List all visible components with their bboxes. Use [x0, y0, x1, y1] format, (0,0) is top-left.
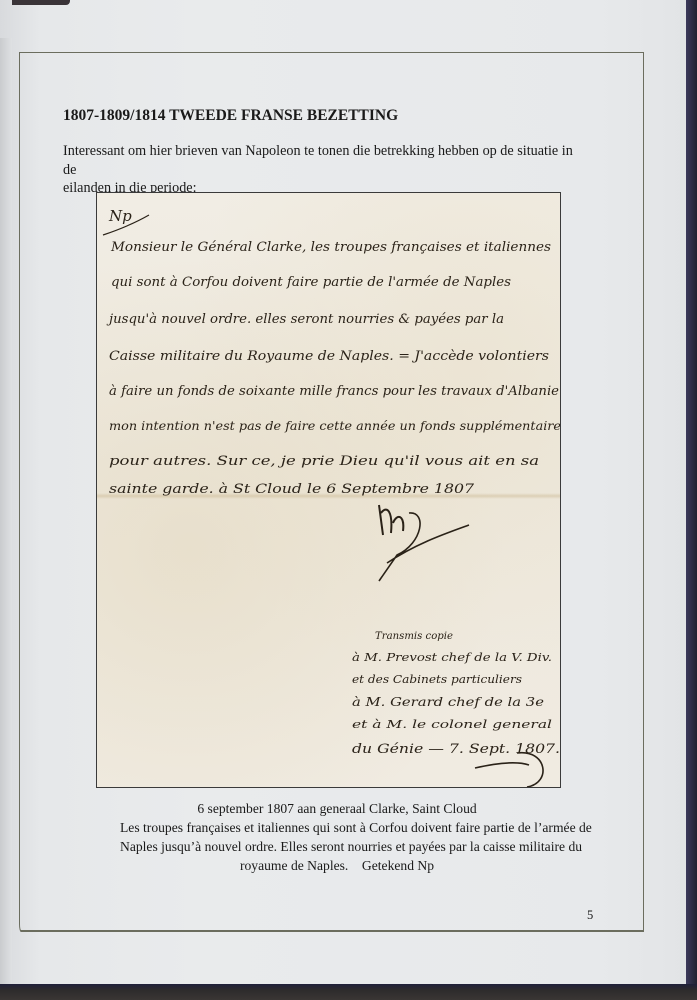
napoleon-signature	[379, 505, 469, 581]
caption-line: royaume de Naples. Getekend Np	[120, 856, 554, 875]
page-number: 5	[587, 908, 593, 923]
book-cover-bottom	[0, 984, 697, 1000]
svg-text:à M. Gerard chef de la 3e: à M. Gerard chef de la 3e	[352, 695, 544, 709]
svg-text:pour autres. Sur ce, je prie D: pour autres. Sur ce, je prie Dieu qu'il …	[109, 454, 539, 469]
intro-paragraph: Interessant om hier brieven van Napoleon…	[63, 142, 583, 198]
handwriting: Np Monsieur le Général Clarke, les troup…	[97, 193, 561, 788]
letter-image: Np Monsieur le Général Clarke, les troup…	[96, 192, 561, 788]
caption-line: Les troupes françaises et italiennes qui…	[120, 818, 554, 837]
svg-text:Caisse militaire du Royaume de: Caisse militaire du Royaume de Naples. =…	[109, 349, 549, 364]
page-title: 1807-1809/1814 TWEEDE FRANSE BEZETTING	[63, 107, 398, 125]
svg-text:qui sont à Corfou doivent fair: qui sont à Corfou doivent faire partie d…	[111, 275, 511, 290]
svg-text:Monsieur le Général Clarke, le: Monsieur le Général Clarke, les troupes …	[110, 240, 551, 255]
svg-text:à M. Prevost chef de la V. Div: à M. Prevost chef de la V. Div.	[352, 651, 552, 664]
caption-line: 6 september 1807 aan generaal Clarke, Sa…	[120, 799, 554, 818]
svg-text:et à M. le colonel general: et à M. le colonel general	[352, 718, 553, 731]
svg-text:du Génie — 7. Sept. 1807.: du Génie — 7. Sept. 1807.	[352, 742, 560, 757]
paraph-mark	[475, 753, 543, 787]
intro-line: Interessant om hier brieven van Napoleon…	[63, 142, 583, 179]
page-curl-left	[0, 38, 12, 988]
previous-page-edge	[12, 0, 70, 5]
svg-text:mon intention n'est pas de fai: mon intention n'est pas de faire cette a…	[109, 419, 561, 433]
book-cover-edge	[686, 0, 697, 1000]
caption-line: Naples jusqu’à nouvel ordre. Elles seron…	[120, 837, 554, 856]
top-mark: Np	[108, 207, 132, 225]
svg-text:sainte garde. à St Cloud le: sainte garde. à St Cloud le 6 Septembre …	[109, 482, 475, 497]
svg-text:et des Cabinets particuliers: et des Cabinets particuliers	[352, 673, 522, 686]
svg-text:Transmis copie: Transmis copie	[375, 631, 453, 642]
svg-text:jusqu'à nouvel ordre. elles se: jusqu'à nouvel ordre. elles seront nourr…	[106, 312, 504, 327]
figure-caption: 6 september 1807 aan generaal Clarke, Sa…	[120, 799, 554, 875]
svg-text:à faire un fonds de soixante m: à faire un fonds de soixante mille franc…	[109, 384, 559, 399]
